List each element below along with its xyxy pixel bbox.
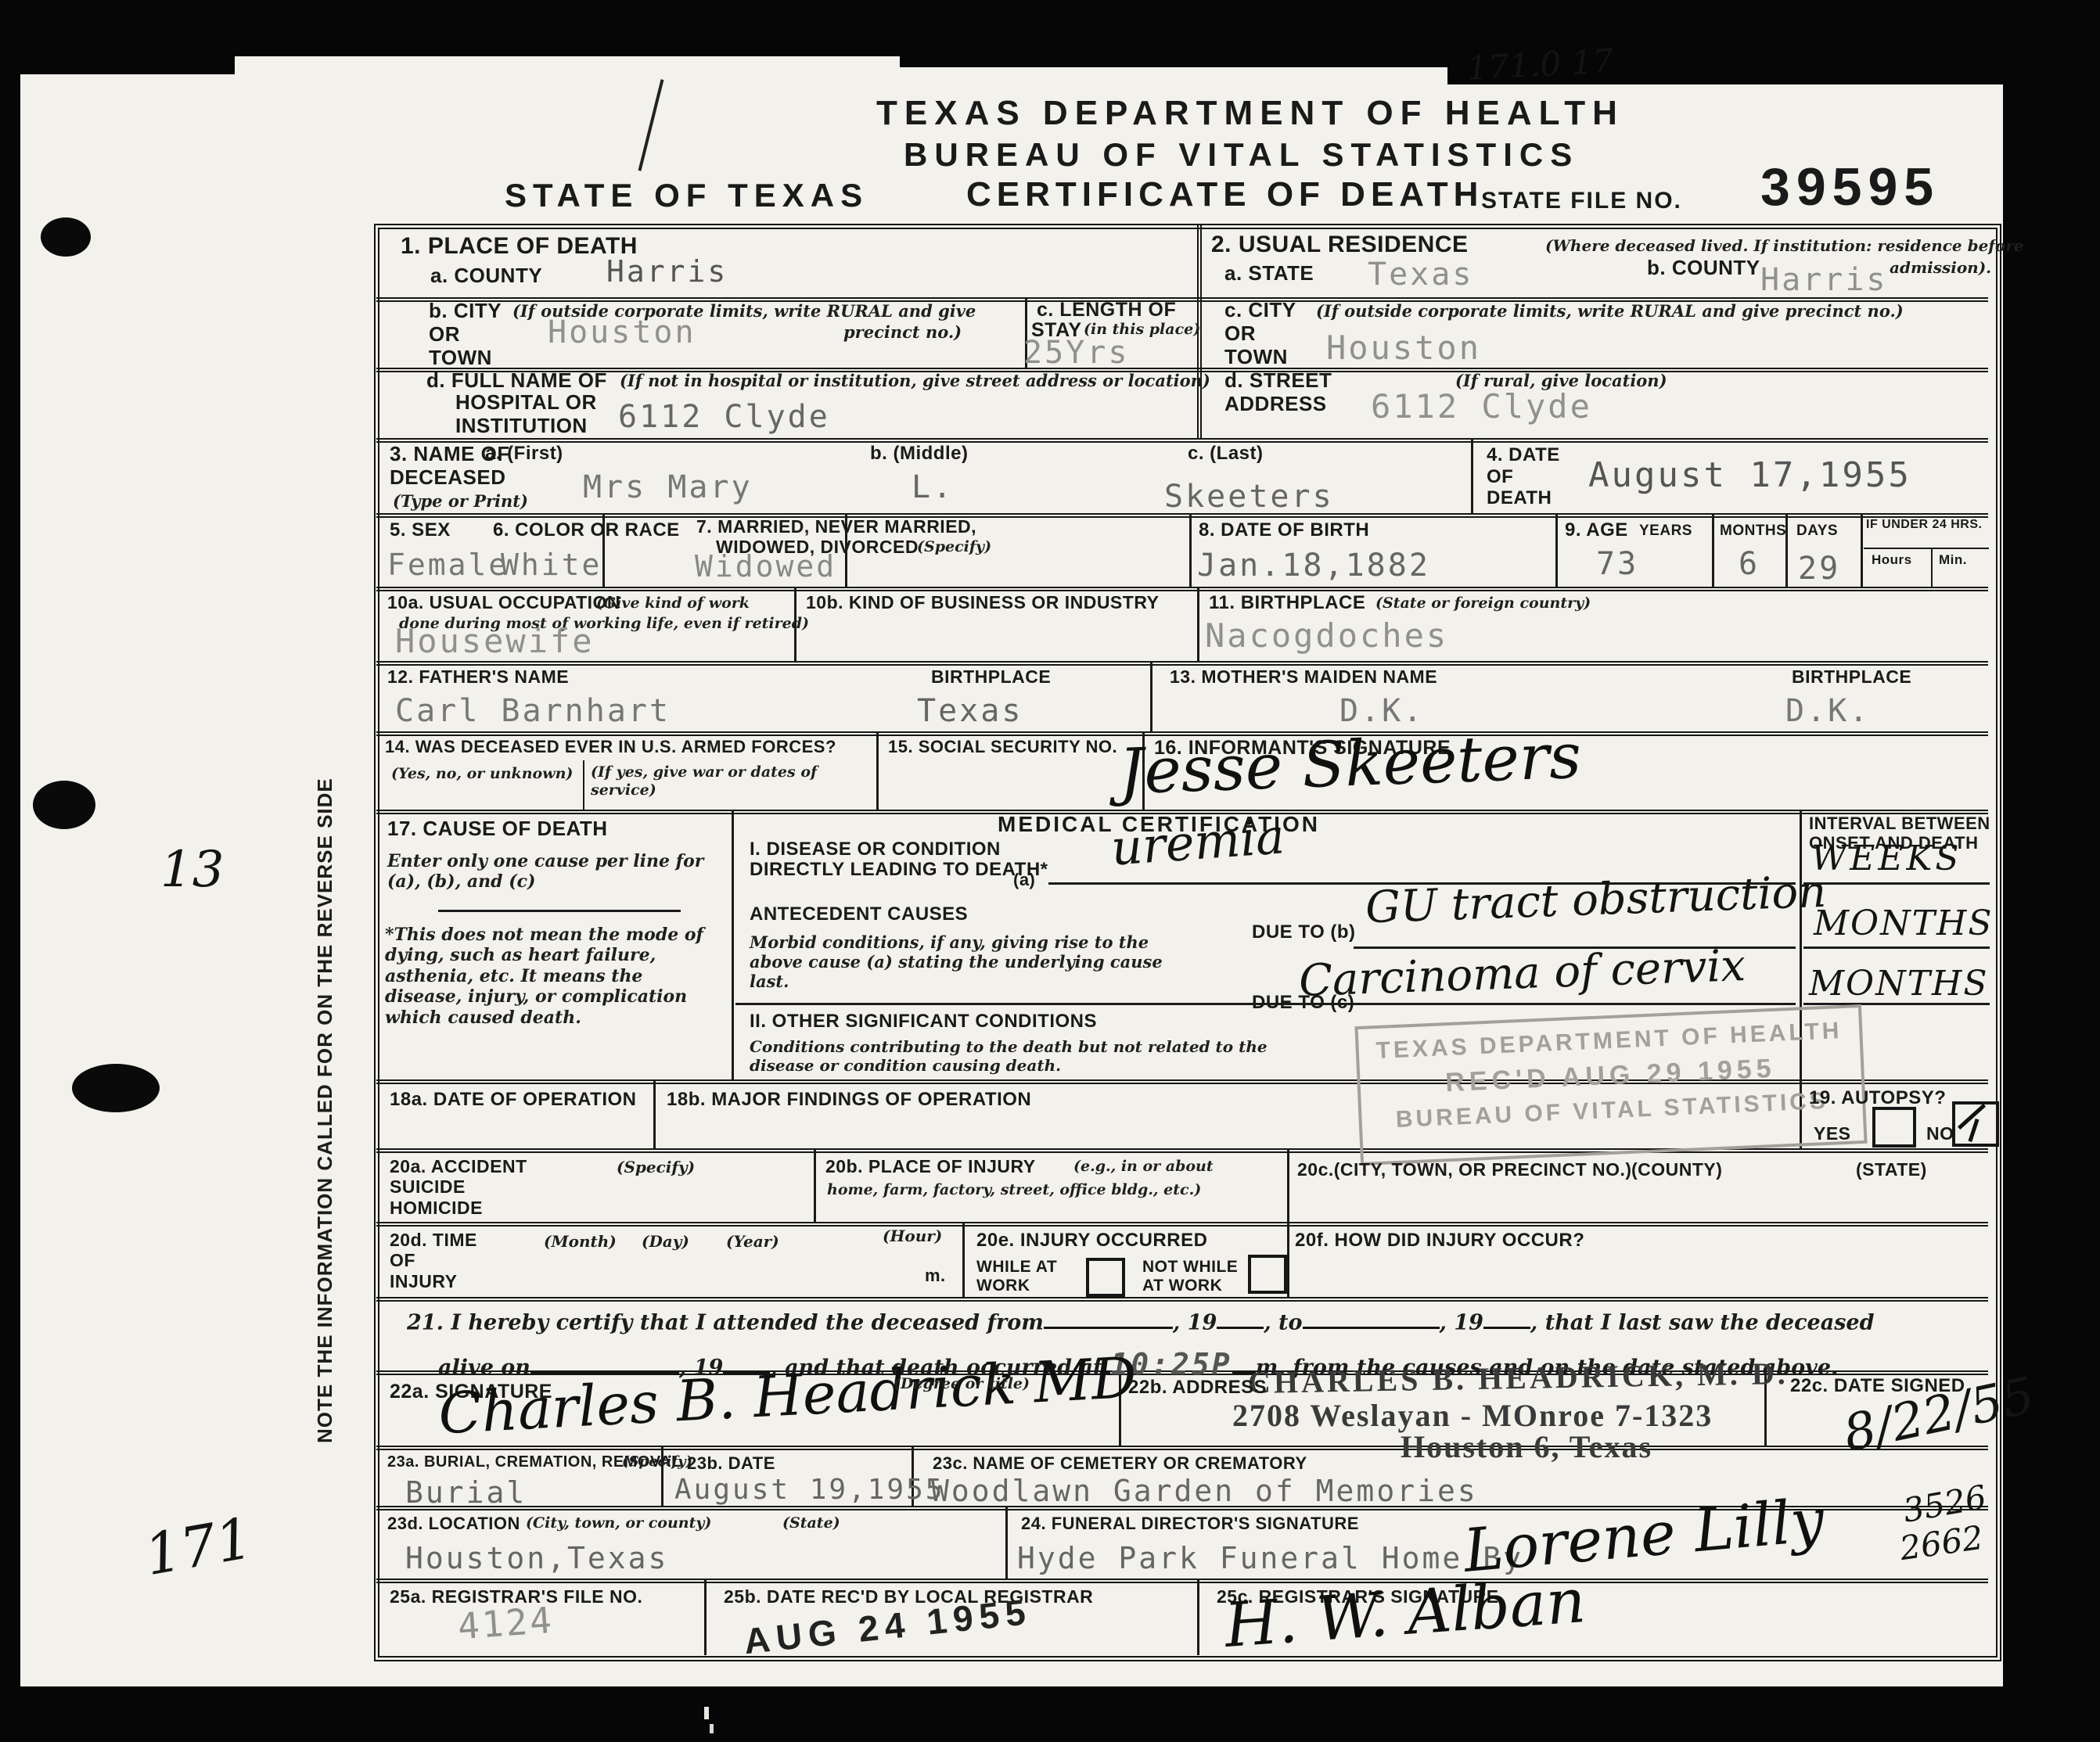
- s22a-degree-note: (Degree or title): [894, 1375, 1030, 1393]
- s20f-label: 20f. HOW DID INJURY OCCUR?: [1295, 1230, 1584, 1252]
- scan-speck: [710, 1724, 714, 1733]
- s1a-value: Harris: [606, 254, 728, 289]
- s23c-value: Woodlawn Garden of Memories: [931, 1474, 1478, 1508]
- hole-punch: [41, 217, 91, 257]
- certify-seg1: 21. I hereby certify that I attended the…: [407, 1310, 1044, 1334]
- s17-note1: Enter only one cause per line for (a), (…: [387, 851, 716, 893]
- s17-morbid-note: Morbid conditions, if any, giving rise t…: [750, 932, 1172, 992]
- s25a-value: 4124: [456, 1599, 555, 1647]
- line: [1287, 1148, 1289, 1222]
- s13-label: 13. MOTHER'S MAIDEN NAME: [1170, 666, 1437, 687]
- interval-c-value: MONTHS: [1809, 964, 1989, 1004]
- line: [583, 760, 584, 810]
- margin-handwritten-13: 13: [160, 841, 224, 899]
- s20b-label: 20b. PLACE OF INJURY: [825, 1156, 1036, 1176]
- line: [376, 1579, 1988, 1583]
- s2-title-note2: admission).: [1890, 258, 1991, 277]
- s2d-value: 6112 Clyde: [1371, 387, 1592, 426]
- s23d-value: Houston,Texas: [405, 1541, 668, 1575]
- s18b-label: 18b. MAJOR FINDINGS OF OPERATION: [667, 1089, 1031, 1111]
- blank-field: [1303, 1308, 1440, 1329]
- ink-blob: [72, 1064, 160, 1112]
- s9-years-value: 73: [1596, 546, 1638, 582]
- s17-p1-label2: DIRECTLY LEADING TO DEATH*: [750, 859, 1048, 881]
- s17-p2-label: II. OTHER SIGNIFICANT CONDITIONS: [750, 1011, 1097, 1033]
- state-file-no-label: STATE FILE NO.: [1481, 188, 1682, 215]
- s4-label: 4. DATE OF DEATH: [1487, 444, 1560, 509]
- death-certificate-scan: 171.0 17 TEXAS DEPARTMENT OF HEALTH BURE…: [0, 0, 2100, 1742]
- s2d-label: d. STREET ADDRESS: [1224, 369, 1332, 416]
- blank-field: [1483, 1308, 1530, 1329]
- s1d-label2: HOSPITAL OR INSTITUTION: [455, 391, 597, 438]
- line: [1189, 513, 1192, 587]
- line: [1803, 946, 1990, 949]
- s20d-month-label: (Month): [544, 1232, 617, 1251]
- s1d-label: d. FULL NAME OF: [426, 369, 607, 393]
- s20d-year-label: (Year): [726, 1232, 779, 1251]
- s23d-label: 23d. LOCATION: [387, 1514, 520, 1533]
- scan-border-top-left: [0, 0, 235, 74]
- s20c-label: 20c.(CITY, TOWN, OR PRECINCT NO.): [1297, 1159, 1632, 1180]
- margin-reverse-side-note: NOTE THE INFORMATION CALLED FOR ON THE R…: [313, 450, 337, 1443]
- s20d-m-label: m.: [925, 1266, 946, 1285]
- s9-months-value: 6: [1739, 546, 1760, 582]
- s9-days-label: DAYS: [1796, 523, 1838, 540]
- certify-seg2: , 19: [1173, 1310, 1217, 1334]
- s1c-label: c. LENGTH OF: [1037, 299, 1176, 321]
- s17-antecedent-label: ANTECEDENT CAUSES: [750, 903, 968, 925]
- line: [376, 661, 1988, 666]
- s13-birthplace-value: D.K.: [1785, 693, 1870, 729]
- interval-a-value: WEEKS: [1811, 839, 1962, 878]
- s10b-label: 10b. KIND OF BUSINESS OR INDUSTRY: [806, 592, 1159, 612]
- s1b-note2: precinct no.): [843, 322, 962, 342]
- line: [1864, 548, 1989, 549]
- s17-label: 17. CAUSE OF DEATH: [387, 817, 608, 841]
- s12-birthplace-label: BIRTHPLACE: [931, 666, 1051, 687]
- s8-label: 8. DATE OF BIRTH: [1199, 519, 1369, 541]
- line: [376, 1297, 1988, 1302]
- s2-title: 2. USUAL RESIDENCE: [1211, 232, 1469, 259]
- s20c-state-label: (STATE): [1856, 1159, 1927, 1180]
- s20e-while-label: WHILE AT WORK: [976, 1258, 1057, 1295]
- scan-border-bottom: [0, 1686, 2100, 1742]
- blank-field: [1217, 1308, 1264, 1329]
- line: [438, 910, 681, 912]
- header-department: TEXAS DEPARTMENT OF HEALTH: [876, 94, 1624, 134]
- injury-while-at-work-checkbox[interactable]: [1086, 1258, 1125, 1297]
- line: [1803, 882, 1990, 885]
- s17-note2: *This does not mean the mode of dying, s…: [385, 925, 721, 1028]
- line: [1861, 513, 1863, 587]
- line: [962, 1222, 965, 1297]
- certify-seg4: , 19: [1440, 1310, 1483, 1334]
- cause-a-value: uremia: [1109, 807, 1286, 876]
- s2c-value: Houston: [1326, 329, 1481, 367]
- header-bureau: BUREAU OF VITAL STATISTICS: [904, 136, 1579, 174]
- line: [1931, 548, 1933, 587]
- s19-yes-label: YES: [1814, 1123, 1851, 1144]
- s23d-note: (City, town, or county): [526, 1514, 711, 1532]
- s22b-label: 22b. ADDRESS: [1128, 1377, 1267, 1399]
- s20a-note: (Specify): [617, 1158, 695, 1176]
- s20a-label: 20a. ACCIDENT SUICIDE HOMICIDE: [390, 1156, 527, 1218]
- s3-last-value: Skeeters: [1164, 479, 1334, 515]
- s9-under-label: IF UNDER 24 HRS.: [1866, 518, 1982, 532]
- s19-label: 19. AUTOPSY?: [1809, 1087, 1946, 1109]
- s3-last-label: c. (Last): [1188, 443, 1264, 465]
- line: [376, 438, 1988, 443]
- s20d-label: 20d. TIME OF INJURY: [390, 1230, 477, 1291]
- s20d-day-label: (Day): [642, 1232, 689, 1251]
- s7-label: 7. MARRIED, NEVER MARRIED,: [696, 516, 976, 537]
- s3-first-label: a. (First): [485, 443, 563, 465]
- s14-note1: (Yes, no, or unknown): [391, 765, 573, 783]
- s3-subtitle: (Type or Print): [393, 491, 528, 511]
- s12-birthplace-value: Texas: [917, 693, 1023, 729]
- line: [1197, 587, 1199, 661]
- s1b-value: Houston: [548, 314, 696, 350]
- scan-border-top-mid: [900, 0, 1487, 67]
- line: [1150, 661, 1152, 731]
- line: [814, 1148, 816, 1222]
- s2a-value: Texas: [1368, 257, 1473, 293]
- s18a-label: 18a. DATE OF OPERATION: [390, 1089, 637, 1111]
- s9-min-label: Min.: [1939, 552, 1967, 568]
- certify-seg3: , to: [1264, 1310, 1302, 1334]
- s23b-value: August 19,1955: [674, 1474, 944, 1506]
- s1-title: 1. PLACE OF DEATH: [401, 233, 638, 260]
- line: [653, 1079, 656, 1148]
- s17-b-tag: DUE TO (b): [1252, 921, 1356, 943]
- line: [1471, 438, 1473, 513]
- s17-p1-label: I. DISEASE OR CONDITION: [750, 839, 1001, 860]
- line: [732, 810, 734, 1079]
- s14-note2: (If yes, give war or dates of service): [591, 763, 865, 799]
- s20c-county-label: (COUNTY): [1631, 1159, 1722, 1180]
- s11-note: (State or foreign country): [1375, 594, 1591, 612]
- s24-value: Hyde Park Funeral Home By: [1017, 1541, 1523, 1575]
- line: [376, 1446, 1988, 1450]
- s9-months-label: MONTHS: [1720, 523, 1786, 540]
- s23b-label: 23b. DATE: [687, 1453, 775, 1473]
- s2c-note: (If outside corporate limits, write RURA…: [1316, 301, 1904, 321]
- handwritten-code: 171.0 17: [1466, 41, 1614, 88]
- line: [876, 731, 879, 810]
- scan-speck: [704, 1707, 709, 1719]
- s7-note: (Specify): [917, 538, 991, 556]
- s2b-label: b. COUNTY: [1647, 257, 1760, 280]
- s17-a-tag: (a): [1013, 870, 1035, 889]
- hole-punch: [33, 781, 95, 829]
- s5-value: Female: [387, 548, 509, 582]
- header-certificate-of-death: CERTIFICATE OF DEATH: [966, 175, 1483, 215]
- line: [1803, 1003, 1990, 1005]
- injury-not-while-at-work-checkbox[interactable]: [1248, 1255, 1287, 1294]
- s3-first-value: Mrs Mary: [583, 469, 753, 505]
- state-file-no-value: 39595: [1760, 156, 1940, 217]
- scan-border-left: [0, 0, 20, 1742]
- line: [1197, 1579, 1199, 1655]
- s8-value: Jan.18,1882: [1197, 548, 1430, 584]
- s23a-note: (Specify): [622, 1453, 692, 1471]
- s15-label: 15. SOCIAL SECURITY NO.: [888, 737, 1131, 756]
- s1b-label: b. CITY OR TOWN: [429, 300, 502, 370]
- s20b-note2: home, farm, factory, street, office bldg…: [827, 1181, 1201, 1199]
- scan-border-right: [2003, 0, 2100, 1742]
- line: [1287, 1222, 1289, 1297]
- s5-label: 5. SEX: [390, 519, 451, 541]
- s20e-notwhile-label: NOT WHILE AT WORK: [1142, 1258, 1238, 1295]
- s3-middle-value: L.: [912, 469, 954, 505]
- s17-p2-note: Conditions contributing to the death but…: [750, 1037, 1297, 1075]
- line: [376, 1148, 1988, 1153]
- line: [376, 587, 1988, 591]
- s13-birthplace-label: BIRTHPLACE: [1792, 666, 1911, 687]
- s20e-label: 20e. INJURY OCCURRED: [976, 1230, 1207, 1252]
- certify-seg5: , that I last saw the deceased: [1530, 1310, 1875, 1334]
- s23a-value: Burial: [405, 1475, 527, 1510]
- s9-years-label: YEARS: [1639, 523, 1692, 540]
- s9-label: 9. AGE: [1565, 519, 1628, 541]
- line: [376, 1222, 1988, 1227]
- s12-value: Carl Barnhart: [395, 693, 671, 729]
- s19-no-label: NO: [1926, 1123, 1954, 1144]
- s1d-note: (If not in hospital or institution, give…: [620, 371, 1210, 390]
- s22b-city-stamp: Houston 6, Texas: [1401, 1428, 1652, 1465]
- s23c-label: 23c. NAME OF CEMETERY OR CREMATORY: [933, 1453, 1307, 1473]
- s20b-note: (e.g., in or about: [1073, 1158, 1214, 1176]
- s11-value: Nacogdoches: [1205, 616, 1448, 655]
- s9-hours-label: Hours: [1872, 552, 1912, 568]
- s7-value: Widowed: [695, 549, 836, 584]
- s13-value: D.K.: [1339, 693, 1424, 729]
- s12-label: 12. FATHER'S NAME: [387, 666, 569, 687]
- autopsy-yes-checkbox[interactable]: [1872, 1107, 1916, 1148]
- line: [735, 1003, 1796, 1005]
- s4-value: August 17,1955: [1588, 455, 1911, 495]
- line: [1005, 1506, 1008, 1579]
- certify-line1: 21. I hereby certify that I attended the…: [407, 1308, 1874, 1334]
- s2a-label: a. STATE: [1224, 262, 1314, 286]
- s23d-state-note: (State): [782, 1514, 840, 1532]
- s1d-value: 6112 Clyde: [618, 399, 830, 435]
- line: [704, 1579, 707, 1655]
- s2c-label: c. CITY OR TOWN: [1224, 299, 1296, 369]
- s2-title-note: (Where deceased lived. If institution: r…: [1545, 236, 2024, 255]
- s24-label: 24. FUNERAL DIRECTOR'S SIGNATURE: [1021, 1514, 1359, 1533]
- s14-label: 14. WAS DECEASED EVER IN U.S. ARMED FORC…: [385, 737, 836, 756]
- line: [1555, 513, 1558, 587]
- header-state-of-texas: STATE OF TEXAS: [505, 177, 868, 214]
- s1a-label: a. COUNTY: [430, 264, 542, 288]
- s9-days-value: 29: [1798, 551, 1840, 587]
- s1c-value: 25Yrs: [1023, 335, 1129, 371]
- s2b-value: Harris: [1760, 262, 1888, 298]
- line: [1712, 513, 1714, 587]
- received-stamp: TEXAS DEPARTMENT OF HEALTH REC'D AUG 29 …: [1354, 1004, 1867, 1166]
- s6-label: 6. COLOR OR RACE: [493, 519, 680, 541]
- s3-middle-label: b. (Middle): [870, 443, 968, 465]
- s20d-hour-label: (Hour): [883, 1227, 942, 1245]
- s10a-label: 10a. USUAL OCCUPATION: [387, 592, 620, 612]
- interval-b-value: MONTHS: [1814, 903, 1994, 943]
- s10a-note: (Give kind of work: [596, 594, 750, 612]
- s10a-value: Housewife: [395, 622, 595, 660]
- s6-value: White: [501, 548, 602, 582]
- s11-label: 11. BIRTHPLACE: [1209, 592, 1365, 614]
- blank-field: [1044, 1308, 1173, 1329]
